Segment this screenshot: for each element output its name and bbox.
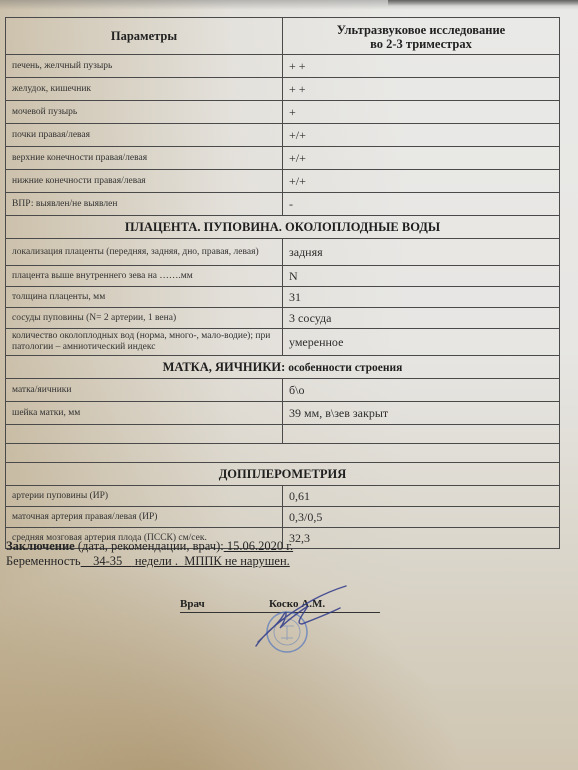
pregnancy-summary: недели . МППК не нарушен. xyxy=(132,554,290,568)
param-value: 0,61 xyxy=(283,486,560,507)
param-label: верхние конечности правая/левая xyxy=(6,147,283,170)
table-row: печень, желчный пузырь + + xyxy=(6,55,560,78)
conclusion-label: Заключение xyxy=(6,539,75,553)
header-ultrasound-line2: во 2-3 триместрах xyxy=(370,37,472,51)
param-value: 0,3/0,5 xyxy=(283,507,560,528)
param-value: + xyxy=(283,101,560,124)
param-label: мочевой пузырь xyxy=(6,101,283,124)
header-ultrasound-line1: Ультразвуковое исследование xyxy=(337,23,505,37)
param-value: 31 xyxy=(283,287,560,308)
table-row: нижние конечности правая/левая +/+ xyxy=(6,170,560,193)
param-label: артерии пуповины (ИР) xyxy=(6,486,283,507)
param-value: N xyxy=(283,266,560,287)
param-label xyxy=(6,425,283,444)
table-row: желудок, кишечник + + xyxy=(6,78,560,101)
table-row: локализация плаценты (передняя, задняя, … xyxy=(6,239,560,266)
param-label: печень, желчный пузырь xyxy=(6,55,283,78)
param-value: 39 мм, в\зев закрыт xyxy=(283,402,560,425)
header-parameters: Параметры xyxy=(6,18,283,55)
param-label: локализация плаценты (передняя, задняя, … xyxy=(6,239,283,266)
table-row: толщина плаценты, мм 31 xyxy=(6,287,560,308)
table-row: маточная артерия правая/левая (ИР) 0,3/0… xyxy=(6,507,560,528)
param-value: +/+ xyxy=(283,170,560,193)
param-value: - xyxy=(283,193,560,216)
table-row: матка/яичники б\о xyxy=(6,379,560,402)
param-value: +/+ xyxy=(283,147,560,170)
table-row: плацента выше внутреннего зева на …….мм … xyxy=(6,266,560,287)
section-heading-uterus-rest: особенности строения xyxy=(285,362,402,374)
doctor-label: Врач xyxy=(180,598,205,610)
param-label: толщина плаценты, мм xyxy=(6,287,283,308)
param-value: умеренное xyxy=(283,329,560,356)
section-heading-uterus-bold: МАТКА, ЯИЧНИКИ: xyxy=(163,360,286,374)
section-heading-uterus: МАТКА, ЯИЧНИКИ: особенности строения xyxy=(6,356,560,379)
table-row: почки правая/левая +/+ xyxy=(6,124,560,147)
handwritten-signature-icon xyxy=(250,584,360,654)
section-row-uterus: МАТКА, ЯИЧНИКИ: особенности строения xyxy=(6,356,560,379)
table-row: верхние конечности правая/левая +/+ xyxy=(6,147,560,170)
ultrasound-protocol-sheet: Параметры Ультразвуковое исследование во… xyxy=(5,17,559,549)
param-label: желудок, кишечник xyxy=(6,78,283,101)
ultrasound-results-table: Параметры Ультразвуковое исследование во… xyxy=(5,17,560,549)
param-value: +/+ xyxy=(283,124,560,147)
table-row: артерии пуповины (ИР) 0,61 xyxy=(6,486,560,507)
photo-shadow-corner xyxy=(388,0,578,6)
param-label: ВПР: выявлен/не выявлен xyxy=(6,193,283,216)
header-ultrasound: Ультразвуковое исследование во 2-3 триме… xyxy=(283,18,560,55)
param-label: нижние конечности правая/левая xyxy=(6,170,283,193)
pregnancy-line: Беременность 34-35 недели . МППК не нару… xyxy=(6,554,293,569)
table-row-empty xyxy=(6,425,560,444)
section-row-doppler: ДОППЛЕРОМЕТРИЯ xyxy=(6,463,560,486)
table-row: ВПР: выявлен/не выявлен - xyxy=(6,193,560,216)
param-label: матка/яичники xyxy=(6,379,283,402)
param-value xyxy=(283,425,560,444)
table-row: количество околоплодных вод (норма, мног… xyxy=(6,329,560,356)
empty-cell xyxy=(6,444,560,463)
param-label: сосуды пуповины (N= 2 артерии, 1 вена) xyxy=(6,308,283,329)
pregnancy-weeks: 34-35 xyxy=(81,554,132,568)
param-label: маточная артерия правая/левая (ИР) xyxy=(6,507,283,528)
pregnancy-label: Беременность xyxy=(6,554,81,568)
table-row: мочевой пузырь + xyxy=(6,101,560,124)
conclusion-block: Заключение (дата, рекомендации, врач): 1… xyxy=(6,539,293,569)
param-label: плацента выше внутреннего зева на …….мм xyxy=(6,266,283,287)
conclusion-line: Заключение (дата, рекомендации, врач): 1… xyxy=(6,539,293,554)
param-value: + + xyxy=(283,78,560,101)
doctor-signature-block: Врач Коско А.М. xyxy=(180,598,380,668)
conclusion-date: 15.06.2020 г. xyxy=(224,539,293,553)
param-value: б\о xyxy=(283,379,560,402)
param-label: шейка матки, мм xyxy=(6,402,283,425)
table-row-empty xyxy=(6,444,560,463)
param-value: 3 сосуда xyxy=(283,308,560,329)
table-header-row: Параметры Ультразвуковое исследование во… xyxy=(6,18,560,55)
section-heading-placenta: ПЛАЦЕНТА. ПУПОВИНА. ОКОЛОПЛОДНЫЕ ВОДЫ xyxy=(6,216,560,239)
param-value: задняя xyxy=(283,239,560,266)
param-value: + + xyxy=(283,55,560,78)
table-row: шейка матки, мм 39 мм, в\зев закрыт xyxy=(6,402,560,425)
param-label: количество околоплодных вод (норма, мног… xyxy=(6,329,283,356)
conclusion-hint: (дата, рекомендации, врач): xyxy=(75,539,224,553)
param-label: почки правая/левая xyxy=(6,124,283,147)
param-value: 32,3 xyxy=(283,528,560,549)
section-heading-doppler: ДОППЛЕРОМЕТРИЯ xyxy=(6,463,560,486)
table-row: сосуды пуповины (N= 2 артерии, 1 вена) 3… xyxy=(6,308,560,329)
section-row-placenta: ПЛАЦЕНТА. ПУПОВИНА. ОКОЛОПЛОДНЫЕ ВОДЫ xyxy=(6,216,560,239)
